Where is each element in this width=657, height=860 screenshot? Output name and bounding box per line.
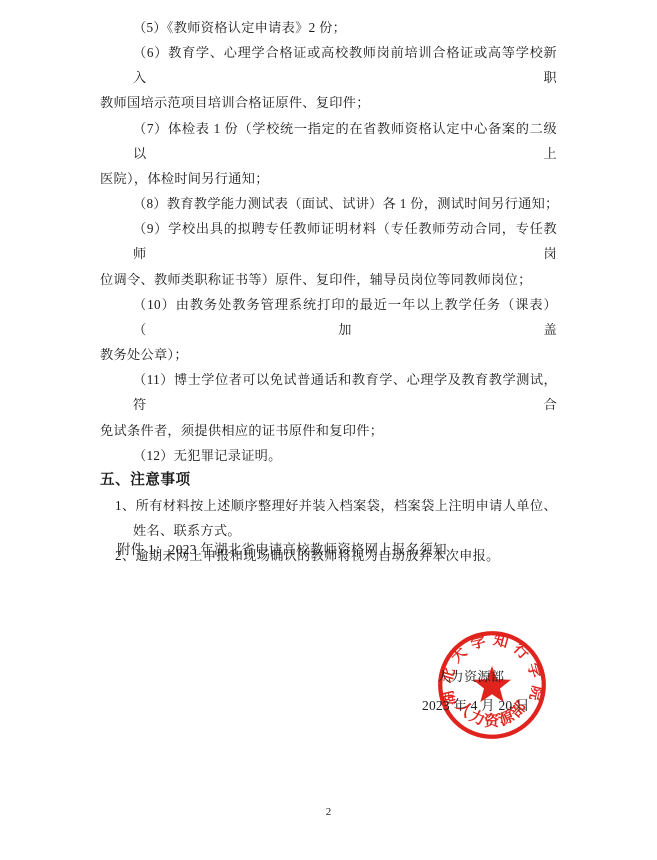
- official-seal: 湖北大学知行学院 人力资源部: [435, 628, 549, 742]
- document-body: （5）《教师资格认定申请表》2 份； （6）教育学、心理学合格证或高校教师岗前培…: [100, 15, 557, 568]
- body-line: 教师国培示范项目培训合格证原件、复印件；: [100, 90, 557, 115]
- body-line: （11）博士学位者可以免试普通话和教育学、心理学及教育教学测试，符合: [100, 367, 557, 417]
- section-heading: 五、注意事项: [100, 468, 557, 493]
- body-line: （9）学校出具的拟聘专任教师证明材料（专任教师劳动合同，专任教师岗: [100, 216, 557, 266]
- seal-graphic: 湖北大学知行学院 人力资源部: [435, 628, 549, 742]
- body-line: 免试条件者，须提供相应的证书原件和复印件；: [100, 418, 557, 443]
- body-line: 教务处公章）；: [100, 342, 557, 367]
- body-line: 医院），体检时间另行通知；: [100, 166, 557, 191]
- body-line: （7）体检表 1 份（学校统一指定的在省教师资格认定中心备案的二级以上: [100, 116, 557, 166]
- signing-department-label: 人力资源部: [437, 666, 505, 685]
- body-line: （12）无犯罪记录证明。: [100, 443, 557, 468]
- body-line: （6）教育学、心理学合格证或高校教师岗前培训合格证或高等学校新入职: [100, 40, 557, 90]
- body-line: （10）由教务处教务管理系统打印的最近一年以上教学任务（课表）（加盖: [100, 292, 557, 342]
- document-page: （5）《教师资格认定申请表》2 份； （6）教育学、心理学合格证或高校教师岗前培…: [0, 0, 657, 860]
- body-line: （8）教育教学能力测试表（面试、试讲）各 1 份，测试时间另行通知；: [100, 191, 557, 216]
- note-item: 1、所有材料按上述顺序整理好并装入档案袋，档案袋上注明申请人单位、: [100, 493, 557, 518]
- body-line: （5）《教师资格认定申请表》2 份；: [100, 15, 557, 40]
- signing-date: 2023 年 4 月 20 日: [422, 694, 530, 714]
- attachment-reference: 附件 1：2023 年湖北省申请高校教师资格网上报名须知: [117, 539, 447, 558]
- page-number: 2: [0, 806, 657, 818]
- body-line: 位调令、教师类职称证书等）原件、复印件，辅导员岗位等同教师岗位；: [100, 267, 557, 292]
